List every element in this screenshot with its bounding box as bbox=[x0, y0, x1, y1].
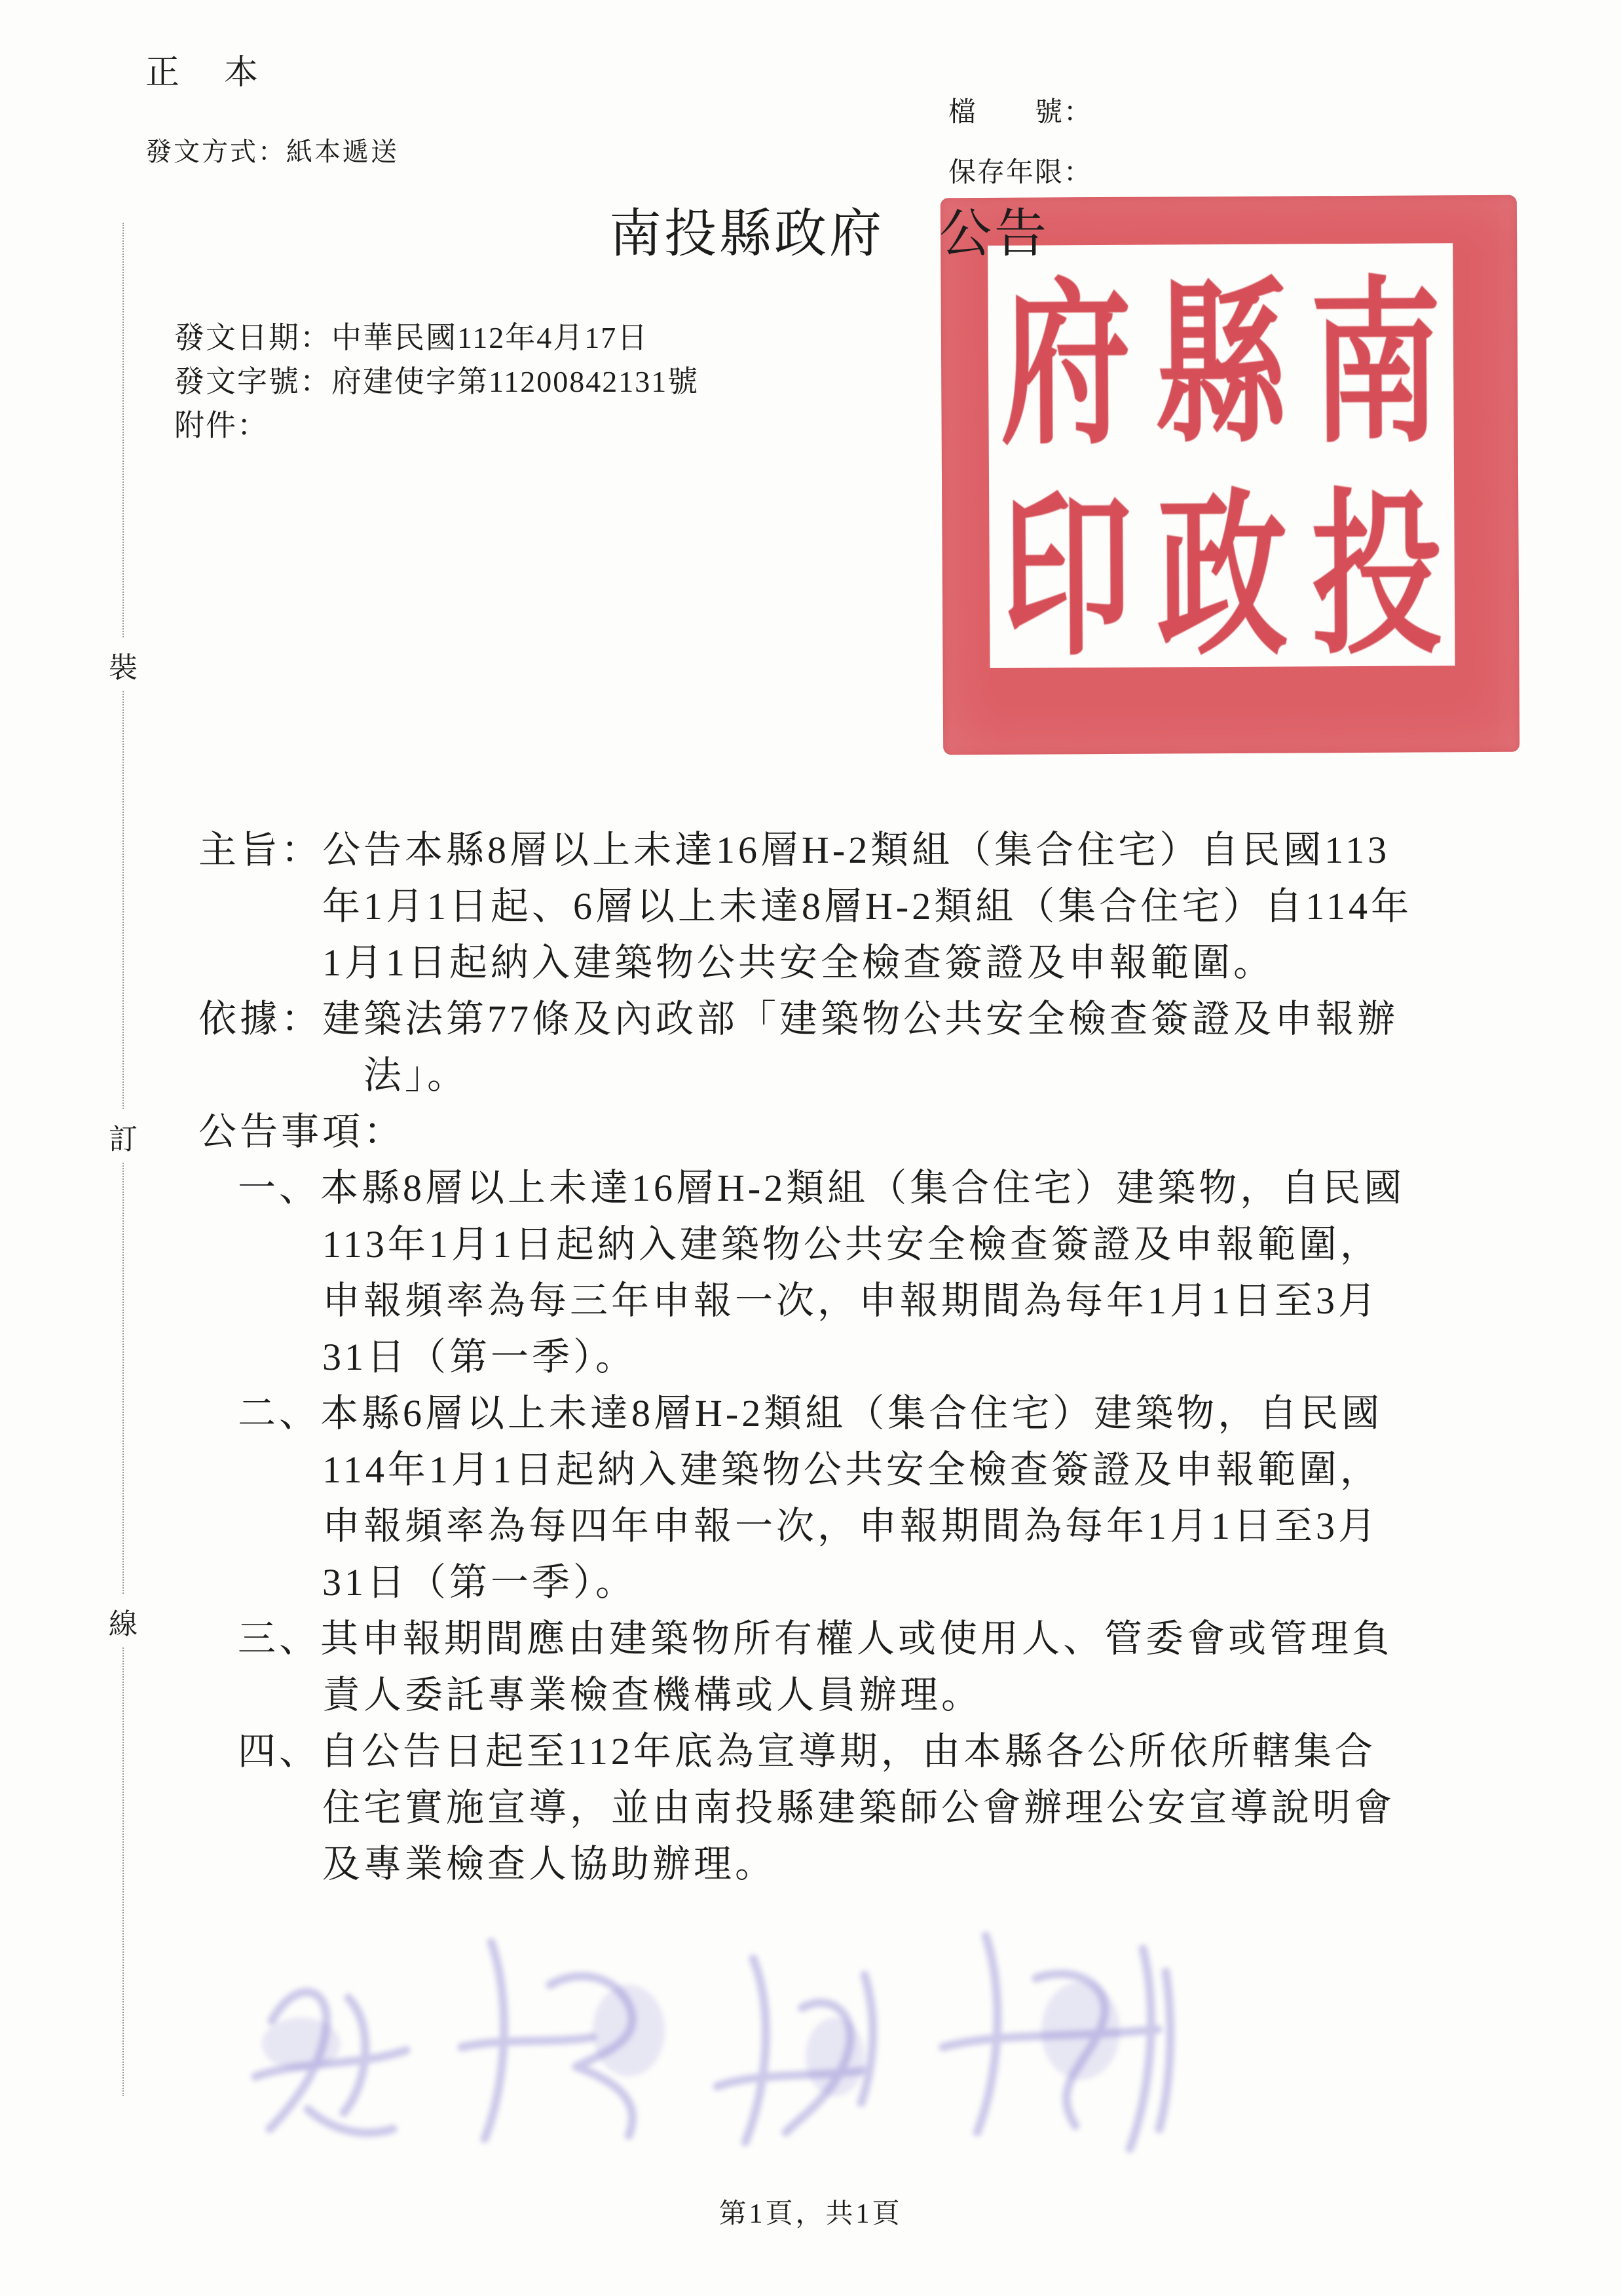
page-footer: 第1頁，共1頁 bbox=[0, 2192, 1621, 2231]
official-seal: 南 投 縣 政 府 印 bbox=[941, 195, 1519, 755]
item-text: 本縣8層以上未達16層H-2類組（集合住宅）建築物，自民國 bbox=[320, 1167, 1405, 1209]
basis-label: 依據： bbox=[198, 998, 322, 1040]
item-line: 及專業檢查人協助辦理。 bbox=[322, 1836, 1541, 1892]
item-line: 住宅實施宣導，並由南投縣建築師公會辦理公安宣導說明會 bbox=[322, 1780, 1541, 1836]
item-text: 本縣6層以上未達8層H-2類組（集合住宅）建築物，自民國 bbox=[320, 1392, 1383, 1435]
item-line: 二、本縣6層以上未達8層H-2類組（集合住宅）建築物，自民國 bbox=[238, 1385, 1541, 1442]
item-line: 一、本縣8層以上未達16層H-2類組（集合住宅）建築物，自民國 bbox=[238, 1160, 1541, 1216]
seal-glyph: 投 bbox=[1297, 414, 1457, 706]
item-line: 責人委託專業檢查機構或人員辦理。 bbox=[322, 1667, 1541, 1723]
item-line: 31日（第一季）。 bbox=[322, 1329, 1541, 1385]
official-seal-inner: 南 投 縣 政 府 印 bbox=[988, 243, 1455, 668]
item-text: 自公告日起至112年底為宣導期，由本縣各公所依所轄集合 bbox=[320, 1730, 1376, 1773]
page-title: 南投縣政府 公告 bbox=[609, 204, 1049, 265]
binding-mark-xian: 線 bbox=[105, 1595, 141, 1647]
item-label: 一、 bbox=[238, 1167, 320, 1209]
subject-text: 公告本縣8層以上未達16層H-2類組（集合住宅）自民國113 bbox=[322, 829, 1390, 871]
basis-line: 法」。 bbox=[363, 1047, 1541, 1104]
issue-date: 發文日期：中華民國112年4月17日 bbox=[174, 316, 699, 360]
item-line: 三、其申報期間應由建築物所有權人或使用人、管委會或管理負 bbox=[238, 1611, 1541, 1667]
binding-mark-zhuang: 裝 bbox=[105, 639, 141, 691]
item-label: 二、 bbox=[238, 1392, 320, 1435]
item-line: 114年1月1日起納入建築物公共安全檢查簽證及申報範圍， bbox=[322, 1442, 1541, 1498]
seal-glyph: 政 bbox=[1142, 415, 1302, 707]
item-line: 31日（第一季）。 bbox=[322, 1554, 1541, 1611]
delivery-method-label: 發文方式：紙本遞送 bbox=[145, 131, 399, 168]
subject-line: 主旨：公告本縣8層以上未達16層H-2類組（集合住宅）自民國113 bbox=[198, 822, 1541, 878]
file-number-label: 檔 號： bbox=[948, 90, 1092, 130]
subject-label: 主旨： bbox=[198, 829, 322, 871]
document-meta: 發文日期：中華民國112年4月17日 發文字號：府建使字第11200842131… bbox=[174, 316, 699, 447]
item-line: 113年1月1日起納入建築物公共安全檢查簽證及申報範圍， bbox=[322, 1216, 1541, 1273]
doc-number: 發文字號：府建使字第11200842131號 bbox=[174, 360, 699, 404]
retention-period-label: 保存年限： bbox=[948, 151, 1092, 190]
item-line: 申報頻率為每四年申報一次，申報期間為每年1月1日至3月 bbox=[322, 1498, 1541, 1554]
seal-glyph: 印 bbox=[987, 416, 1147, 708]
attachment-label: 附件： bbox=[174, 404, 699, 447]
subject-line: 年1月1日起、6層以上未達8層H-2類組（集合住宅）自114年 bbox=[322, 878, 1541, 935]
item-line: 申報頻率為每三年申報一次，申報期間為每年1月1日至3月 bbox=[322, 1273, 1541, 1329]
item-line: 四、自公告日起至112年底為宣導期，由本縣各公所依所轄集合 bbox=[238, 1723, 1541, 1780]
item-text: 其申報期間應由建築物所有權人或使用人、管委會或管理負 bbox=[320, 1617, 1393, 1660]
subject-line: 1月1日起納入建築物公共安全檢查簽證及申報範圍。 bbox=[322, 935, 1541, 991]
signature-ink-strokes bbox=[255, 1936, 1170, 2149]
copy-type-label: 正 本 bbox=[145, 45, 263, 94]
items-heading: 公告事項： bbox=[198, 1104, 1541, 1160]
item-label: 三、 bbox=[238, 1617, 320, 1660]
item-label: 四、 bbox=[238, 1730, 320, 1773]
announcement-body: 主旨：公告本縣8層以上未達16層H-2類組（集合住宅）自民國113 年1月1日起… bbox=[198, 822, 1541, 1892]
document-page: 正 本 發文方式：紙本遞送 檔 號： 保存年限： 南投縣政府 公告 發文日期：中… bbox=[0, 0, 1621, 2296]
signature-stamp bbox=[210, 1913, 1192, 2194]
binding-mark-ding: 訂 bbox=[105, 1110, 141, 1163]
basis-text: 建築法第77條及內政部「建築物公共安全檢查簽證及申報辦 bbox=[322, 998, 1398, 1040]
basis-line: 依據：建築法第77條及內政部「建築物公共安全檢查簽證及申報辦 bbox=[198, 991, 1541, 1047]
